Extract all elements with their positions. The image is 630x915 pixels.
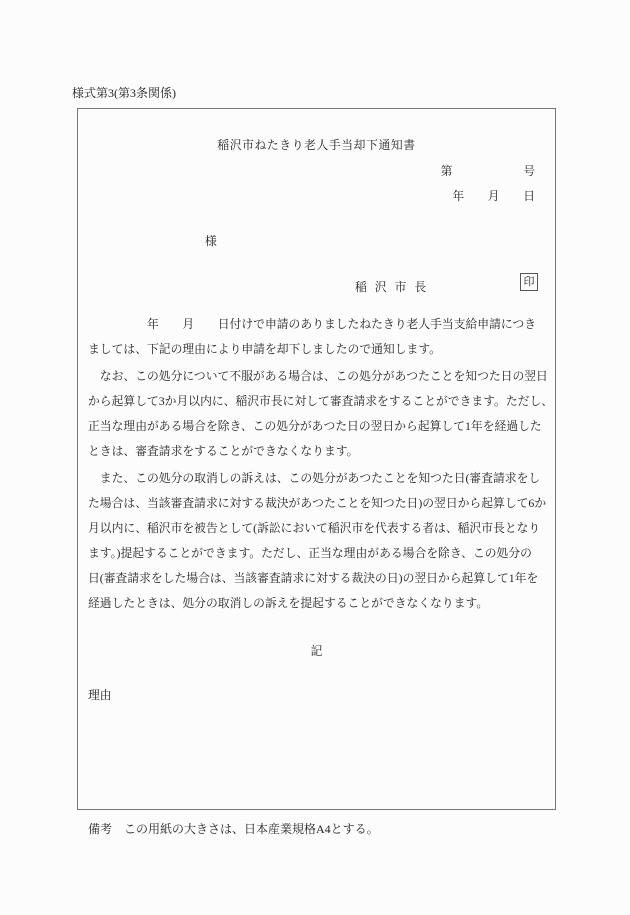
body-line: ましては、下記の理由により申請を却下しましたので通知します。 (88, 337, 550, 362)
seal-in-mark: 印 (520, 273, 538, 291)
document-date-line: 年 月 日 (452, 187, 535, 204)
body-line: 年 月 日付けで申請のありましたねたきり老人手当支給申請につき (88, 312, 550, 337)
body-line: また、この処分の取消しの訴えは、この処分があつたことを知つた日(審査請求をし (88, 466, 550, 491)
document-title: 稲沢市ねたきり老人手当却下通知書 (78, 136, 555, 153)
document-page: 様式第3(第3条関係) 稲沢市ねたきり老人手当却下通知書 第 号 年 月 日 様… (0, 0, 630, 915)
body-paragraph-2: なお、この処分について不服がある場合は、この処分があつたことを知つた日の翌日 か… (88, 364, 550, 464)
body-line: た場合は、当該審査請求に対する裁決があつたことを知つた日)の翌日から起算して6か (88, 491, 550, 516)
body-line: ます。)提起することができます。ただし、正当な理由がある場合を除き、この処分の (88, 541, 550, 566)
document-number-line: 第 号 (441, 162, 535, 179)
body-paragraph-1: 年 月 日付けで申請のありましたねたきり老人手当支給申請につき ましては、下記の… (88, 312, 550, 362)
body-line: ときは、審査請求をすることができなくなります。 (88, 439, 550, 464)
body-line: 経過したときは、処分の取消しの訴えを提起することができなくなります。 (88, 591, 550, 616)
sender-mayor-label: 稲沢市長 (355, 278, 434, 295)
body-line: なお、この処分について不服がある場合は、この処分があつたことを知つた日の翌日 (88, 364, 550, 389)
ki-section-label: 記 (78, 642, 555, 659)
addressee-sama-label: 様 (205, 232, 217, 249)
reason-section-label: 理由 (88, 686, 112, 703)
note-bikou: 備考 この用紙の大きさは、日本産業規格A4とする。 (88, 820, 379, 837)
document-border-box: 稲沢市ねたきり老人手当却下通知書 第 号 年 月 日 様 稲沢市長 印 年 月 … (77, 108, 556, 810)
body-line: 月以内に、稲沢市を被告として(訴訟において稲沢市を代表する者は、稲沢市長となり (88, 516, 550, 541)
body-text: 年 月 日付けで申請のありましたねたきり老人手当支給申請につき ましては、下記の… (88, 312, 550, 616)
form-style-label: 様式第3(第3条関係) (72, 84, 176, 101)
body-line: 正当な理由がある場合を除き、この処分があつた日の翌日から起算して1年を経過した (88, 414, 550, 439)
body-paragraph-3: また、この処分の取消しの訴えは、この処分があつたことを知つた日(審査請求をし た… (88, 466, 550, 616)
body-line: 日(審査請求をした場合は、当該審査請求に対する裁決の日)の翌日から起算して1年を (88, 566, 550, 591)
body-line: から起算して3か月以内に、稲沢市長に対して審査請求をすることができます。ただし、 (88, 389, 550, 414)
